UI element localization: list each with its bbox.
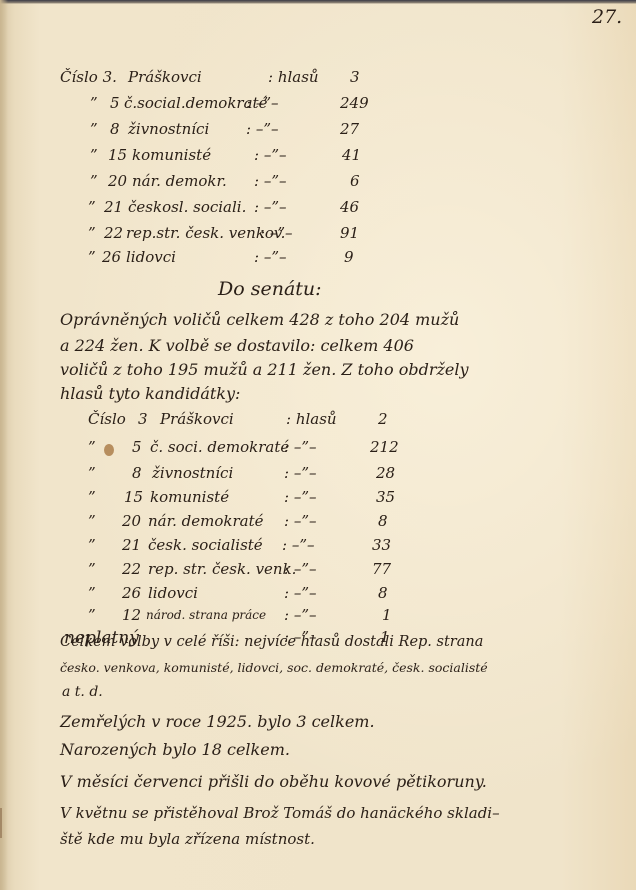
votes-count: 9 <box>344 248 354 266</box>
party-name: nár. demokraté <box>148 512 264 530</box>
coins-line: V měsíci červenci přišli do oběhu kovové… <box>60 772 487 791</box>
party-name: rep. str. česk. venk. <box>148 560 296 578</box>
party-name: komunisté <box>150 488 229 506</box>
party-name: Práškovci <box>128 68 202 86</box>
deaths-line: Zemřelých v roce 1925. bylo 3 celkem. <box>60 712 375 731</box>
votes-label: : hlasů <box>268 68 319 86</box>
ditto-mark: : –”– <box>284 488 317 506</box>
party-name: komunisté <box>132 146 211 164</box>
row-prefix: ” <box>90 94 98 112</box>
ditto-mark: : –”– <box>284 512 317 530</box>
row-prefix: ” <box>90 172 98 190</box>
list-number: 15 <box>108 146 127 164</box>
list-number: 21 <box>122 536 141 554</box>
row-prefix: ” <box>88 438 96 456</box>
row-prefix: ” <box>88 584 96 602</box>
party-name: živnostníci <box>128 120 209 138</box>
list-number: 12 <box>122 606 141 624</box>
ditto-mark: : –”– <box>284 438 317 456</box>
party-name: lidovci <box>126 248 176 266</box>
party-name: česk. socialisté <box>148 536 263 554</box>
list-number: 15 <box>124 488 143 506</box>
births-line: Narozených bylo 18 celkem. <box>60 740 290 759</box>
votes-count: 8 <box>378 584 388 602</box>
ditto-mark: : –”– <box>260 224 293 242</box>
relocation-line: V květnu se přistěhoval Brož Tomáš do ha… <box>60 804 500 822</box>
paragraph-line: voličů z toho 195 mužů a 211 žen. Z toho… <box>60 360 469 379</box>
paragraph-line: česko. venkova, komunisté, lidovci, soc.… <box>60 660 488 675</box>
ditto-mark: : –”– <box>254 146 287 164</box>
votes-count: 27 <box>340 120 359 138</box>
ditto-mark: : –”– <box>254 248 287 266</box>
notebook-page: 27. Číslo 3. Práškovci : hlasů 3 ” 5 č.s… <box>0 0 636 890</box>
ditto-mark: : –”– <box>284 606 317 624</box>
paragraph-line: a t. d. <box>62 684 103 700</box>
list-number: 22 <box>104 224 123 242</box>
row-prefix: ” <box>88 464 96 482</box>
row-prefix: ” <box>88 606 96 624</box>
row-prefix: ” <box>88 560 96 578</box>
votes-count: 8 <box>378 512 388 530</box>
list-number: 3 <box>138 410 148 428</box>
page-number: 27. <box>592 6 622 28</box>
ditto-mark: : –”– <box>284 584 317 602</box>
list-number: 5 <box>132 438 142 456</box>
row-prefix: ” <box>88 536 96 554</box>
votes-count: 46 <box>340 198 359 216</box>
paragraph-line: Oprávněných voličů celkem 428 z toho 204… <box>60 310 459 329</box>
relocation-line: ště kde mu byla zřízena místnost. <box>60 830 315 848</box>
votes-count: 249 <box>340 94 369 112</box>
margin-pencil-mark <box>0 808 12 838</box>
row-prefix: Číslo <box>88 410 126 428</box>
ditto-mark: : –”– <box>246 120 279 138</box>
row-prefix: ” <box>90 120 98 138</box>
list-number: 22 <box>122 560 141 578</box>
party-name: národ. strana práce <box>146 608 266 622</box>
votes-label: : hlasů <box>286 410 337 428</box>
senate-heading: Do senátu: <box>218 278 322 300</box>
ditto-mark: : –”– <box>254 172 287 190</box>
page-top-shadow <box>0 0 636 4</box>
row-prefix: ” <box>88 488 96 506</box>
ditto-mark: : –”– <box>282 536 315 554</box>
party-name: českosl. sociali. <box>128 198 246 216</box>
ditto-mark: : –”– <box>284 560 317 578</box>
list-number: 8 <box>110 120 120 138</box>
list-number: 21 <box>104 198 123 216</box>
paragraph-line: hlasů tyto kandidátky: <box>60 384 240 403</box>
votes-count: 91 <box>340 224 359 242</box>
party-name: nár. demokr. <box>132 172 227 190</box>
ditto-mark: : –”– <box>254 198 287 216</box>
list-number: 20 <box>122 512 141 530</box>
row-prefix: ” <box>88 248 96 266</box>
party-name: Práškovci <box>160 410 234 428</box>
list-number: 26 <box>102 248 121 266</box>
votes-count: 3 <box>350 68 360 86</box>
votes-count: 28 <box>376 464 395 482</box>
party-name: č. soci. demokraté <box>150 438 289 456</box>
votes-count: 77 <box>372 560 391 578</box>
row-prefix: ” <box>88 198 96 216</box>
row-prefix: ” <box>90 146 98 164</box>
paragraph-line: Celkem volby v celé říši: nejvíce hlasů … <box>60 634 483 650</box>
list-number: 26 <box>122 584 141 602</box>
list-number: 5 <box>110 94 120 112</box>
votes-count: 2 <box>378 410 388 428</box>
row-prefix: Číslo 3. <box>60 68 117 86</box>
votes-count: 35 <box>376 488 395 506</box>
votes-count: 41 <box>342 146 361 164</box>
votes-count: 33 <box>372 536 391 554</box>
ditto-mark: : –”– <box>246 94 279 112</box>
page-binding-edge <box>0 0 8 890</box>
row-prefix: ” <box>88 512 96 530</box>
row-prefix: ” <box>88 224 96 242</box>
list-number: 8 <box>132 464 142 482</box>
ink-stain <box>104 444 114 456</box>
votes-count: 6 <box>350 172 360 190</box>
paragraph-line: a 224 žen. K volbě se dostavilo: celkem … <box>60 336 414 355</box>
ditto-mark: : –”– <box>284 464 317 482</box>
party-name: živnostníci <box>152 464 233 482</box>
votes-count: 212 <box>370 438 399 456</box>
party-name: lidovci <box>148 584 198 602</box>
votes-count: 1 <box>382 606 392 624</box>
list-number: 20 <box>108 172 127 190</box>
